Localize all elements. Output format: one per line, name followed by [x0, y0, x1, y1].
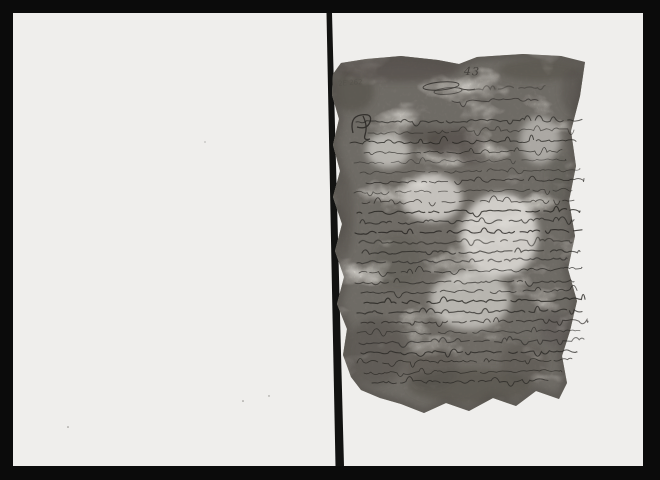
manuscript-page: 43 2E 262: [328, 50, 590, 418]
page-number: 43: [463, 65, 480, 79]
scan-viewport: 43 2E 262: [0, 0, 660, 480]
dust-specks: [67, 141, 269, 427]
archival-reference: 2E 262: [338, 78, 363, 88]
book-scan-svg: 43 2E 262: [0, 0, 660, 480]
